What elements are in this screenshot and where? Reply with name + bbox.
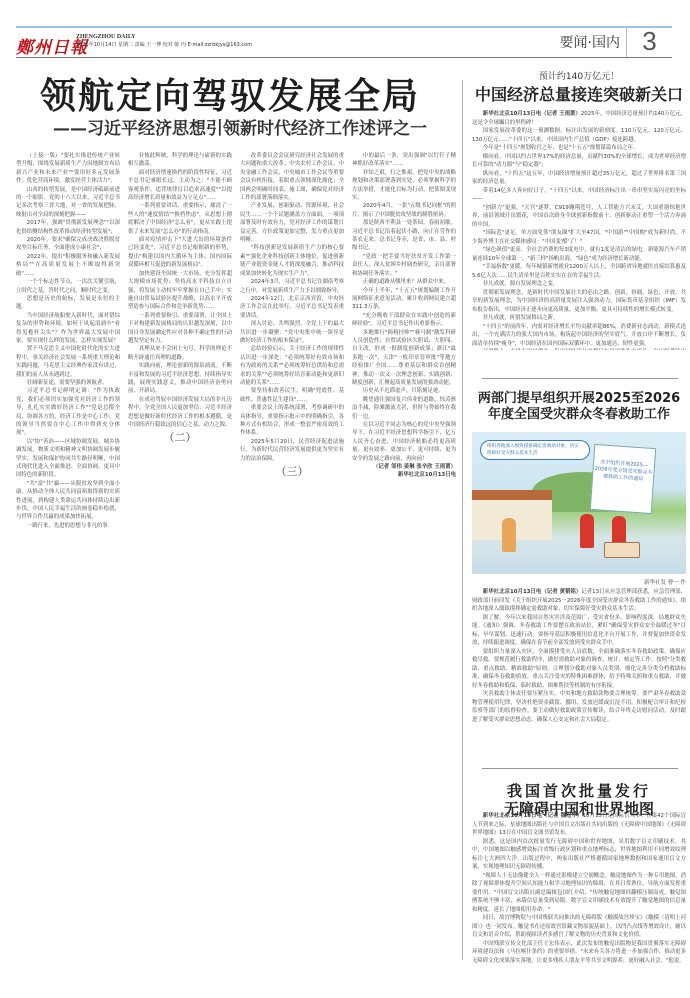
paragraph: "共"富"共"赢——从脱贫攻坚到全面小康，从推动全体人民共同富裕取得新的实质性进… <box>16 480 120 522</box>
dateline: 2025年10月14日 星期二 责编 王一博 校对 陈 丙 E-mail:zzr… <box>76 41 252 49</box>
paragraph: 今年是"十四五"规划收官之年，也是"十五五"规划谋篇布局之年。 <box>472 144 686 153</box>
title-line: 两部门提早组织开展2025至2026 <box>468 391 690 407</box>
paragraph: 前进路上，有风有雨是常态。但中国经济从来都是在风雨洗礼中成长、在历经考验中壮大。 <box>472 348 686 350</box>
paragraph: 带着14亿多人奔向好日子，"十四五"以来，中国经济标注出一串串坚实而闪亮的坐标—… <box>472 187 686 204</box>
lead-column-3: 改革委员会会议研究经济社会发展的重大问题和重大改革；中央农村工作会议、中央金融工… <box>240 152 344 992</box>
byline: （记者 邹伟 姜琳 张辛欣 王雨萧） <box>352 463 456 471</box>
story-body: 新华社北京10月13日电（记者 王雨萧）2025年，中国经济总量预计约140万亿… <box>472 110 686 350</box>
paragraph: 一系列重要讲话、重要指示，廓清了一些人的"速度情结""换档焦虑"，从思想上彻底解… <box>128 202 232 236</box>
paragraph: 国家发展改革委的这一预测数据，标注出发展的新刻度。110万亿元、120万亿元、1… <box>472 127 686 144</box>
paragraph: 非凡成就，源自发展理念之变。 <box>472 280 686 289</box>
paragraph: 纵向看，"十四五"这五年，中国经济增量预计超过35万亿元，超过了世界排名第三国家… <box>472 170 686 187</box>
paragraph: 2024年12月，北京京西宾馆，中央经济工作会议在此举行，习近平总书记发表重要讲… <box>240 295 344 320</box>
paragraph: 中的最后一条，突出强调"以钉钉子精神抓好改革落实"…… <box>352 152 456 169</box>
section-marker: （二） <box>128 434 232 442</box>
story-kicker: 预计约140万亿元！ <box>468 69 690 82</box>
byline-dateline: 新华社北京10月13日电 <box>352 471 456 479</box>
paragraph: 实践向前，理论创新的源泉涌流。不断丰富和发展的习近平经济思想，持续指导实践，展现… <box>128 362 232 396</box>
paragraph: 重要会议上的系统部署，考察调研中的具体指导，重要指示批示中的明确指引，各种方式有… <box>240 404 344 438</box>
paragraph: 2025年5月20日，民营经济促进法施行，为新时代民营经济发展提供更为坚实有力的… <box>240 438 344 463</box>
title-line: 我国首次批量发行 <box>468 782 690 800</box>
story-lead: 新华社北京10月13日电（记者 魏冠宇） <box>483 813 583 819</box>
paragraph: 那是陕西平利县一处茶园，春雨初歇。习近平总书记沿着起伏小路，向正在劳作的茶农走来… <box>352 219 456 253</box>
paragraph: 思想是历史的航标，发展是永恒的主题。 <box>16 295 120 312</box>
paragraph: "绿色颜值"更高。全社会消费的每3度电中，就有1度是清洁的绿电。新能源汽车产销量… <box>472 246 686 263</box>
page-number: 3 <box>626 26 672 57</box>
paragraph: 加快建设全国统一大市场，充分发挥超大规模市场优势；坚持高水平科技自立自强，将发展… <box>128 270 232 312</box>
paragraph: 置于马克思主义中国化时代化的宏大进程中，事关经济社会发展一系列重大理论和实践问题… <box>16 345 120 379</box>
lead-column-2: 业彼此辉映，科学的理论与崭新的实践相互激荡。 面对经济增速换挡的阶段性特征，习近… <box>128 152 232 992</box>
story-lead: 新华社北京10月13日电（记者 黄韬铭） <box>483 589 582 595</box>
story-lead: 新华社北京10月13日电（记者 王雨萧） <box>483 111 581 117</box>
paragraph: 深入讨论、共鸣强烈，全党上下的最大共识进一步凝聚："党中央集中统一领导是做好经济… <box>240 320 344 345</box>
paragraph: 多地推行"揭榜挂帅""赛马制"激发科研人员创造性；自贸试验区大胆试、大胆闯、自主… <box>352 329 456 388</box>
paragraph: 据了解，今年以来我国自然灾害涉及范围广、受灾省份多、影响程度深，局地群众失能。《… <box>472 614 686 648</box>
paragraph: 产业发展、创新驱动、资源环境、社会民生……一个个议题涵盖方方面面，一项项部署及时… <box>240 202 344 244</box>
paragraph: 同日，故宫博物院与中国残联共同推出的无障碍版《触摸故宫珍宝》《触摸〈清明上河图〉… <box>472 914 686 940</box>
paragraph: 一个个标志性节点，一次次关键引航，立时代之基，答时代之问，顺时代之变。 <box>16 278 120 295</box>
story-separator <box>482 378 678 379</box>
newspaper-name-en: ZHENGZHOU DAILY <box>76 33 252 41</box>
paragraph: 业彼此辉映，科学的理论与崭新的实践相互激荡。 <box>128 152 232 169</box>
paragraph: 一系列重要指引、重要部署，让全国上下对构建新发展格局的认识越发深刻，以中国自身发… <box>128 312 232 346</box>
paragraph: 改革委员会会议研究经济社会发展的重大问题和重大改革；中央农村工作会议、中央金融工… <box>240 152 344 202</box>
paragraph: "创新力"更强。"天宫"逐梦，C919翱翔苍穹，人工智能方兴未艾，大国重器惊艳世… <box>472 204 686 230</box>
suitcase-icon <box>604 542 640 558</box>
paragraph: 横向看，中国以约占世界17%的经济总量，贡献约30%的全球增长，成为世界经济增长… <box>472 153 686 170</box>
masthead: 鄭州日報 ZHENGZHOU DAILY 2025年10月14日 星期二 责编 … <box>16 28 672 58</box>
speech-bubble: 组织各地深入细致摸排确定需救助对象，切实保障好受灾群众基本生活 <box>480 440 590 460</box>
paragraph: 贯彻新发展理念，是新时代中国发展壮大的必由之路。创新、协调、绿色、开放、共享的新… <box>472 289 686 315</box>
paragraph: 壮阔新征途，需要坚强的领航者。 <box>16 379 120 387</box>
notice-document-icon: 关于组织开展2025—2026年度全国受灾群众冬春救助工作的通知 <box>590 444 656 514</box>
paragraph: 要坚持和改善民生，明确"兜底性、基础性、普惠性民生建设"…… <box>240 387 344 404</box>
illustration-credit: 新华社发 曹一 作 <box>472 578 686 586</box>
paragraph: 据悉，这是国内首次批量发行无障碍中国和世界地图，采用数字盲文印刷技术。其中，中国… <box>472 838 686 872</box>
lead-column-1: （上接一版）"要扎实推进传统产业转型升级，围绕发展新质生产力因地制宜布局新兴产业… <box>16 152 120 992</box>
paragraph: 面对经济增速换挡的阶段性特征，习近平总书记睿眠长远，主动为之："不能不顾客观条件… <box>128 169 232 203</box>
masthead-meta: ZHENGZHOU DAILY 2025年10月14日 星期二 责编 王一博 校… <box>76 33 252 49</box>
paragraph: 在成功驾驭中国经济发展大局的非凡历程中，全党全国人民更加坚信：习近平经济思想是做… <box>128 396 232 430</box>
volunteer-figure <box>580 514 594 548</box>
lead-column-4: 中的最后一条，突出强调"以钉钉子精神抓好改革落实"…… 非知之艰，行之惟艰。把党… <box>352 152 456 992</box>
paragraph: 一路行来，先进的思想与非凡的事 <box>16 522 120 530</box>
paragraph: "幸福指数"更暖。每年城镇新增就业1200万人以上，全国跨省异地就医直接结算惠及… <box>472 263 686 280</box>
story-body: 新华社北京10月13日电（记者 魏冠宇）10月15日是国际盲人节。在第42个国际… <box>472 812 686 964</box>
paragraph: 2022年，提出"积极服务和融入新发展格局""在高质量发展上不断取得新突破"…… <box>16 253 120 278</box>
paragraph: 非知之艰，行之惟艰。把党中央的战略规划和决策部署落到实处，必须掌握科学的方法举措… <box>352 169 456 203</box>
cartoon-illustration: 组织各地深入细致摸排确定需救助对象，切实保障好受灾群众基本生活 关于组织开展20… <box>472 432 686 574</box>
title-line: 年度全国受灾群众冬春救助工作 <box>468 407 690 423</box>
paragraph: 正确的道路从哪里来？从群众中来。 <box>352 278 456 286</box>
paragraph: 山西的转型发展，是中国经济砥砺前进的一个缩影。党的十八大以来，习近平总书记多次考… <box>16 186 120 220</box>
story-separator <box>482 768 678 769</box>
paragraph: "科技创新是发展新质生产力的核心要素""强化企业科技创新主体地位，促进创新链产业… <box>240 244 344 278</box>
paragraph: "充分吸收干部群众在实践中创造的新鲜经验"，习近平总书记作出重要指示。 <box>352 312 456 329</box>
paragraph: "视障人士无法像健全人一样通过影像建立空间概念。触觉地图作为一种专用地图，消除了… <box>472 872 686 915</box>
paragraph: 灾害救助主体责任要压紧压实，中央和地方救助款物要合理统筹。要严肃冬春救助款物管理… <box>472 690 686 724</box>
section-label: 要闻·国内 <box>560 32 620 52</box>
elderly-person-figure <box>502 518 516 552</box>
paragraph: 2020年，要求"确保完成决战决胜脱贫攻坚目标任务，全面建成小康社会"； <box>16 236 120 253</box>
paragraph: 中国残联宣传文化部主任王宏伟表示，此次发布的触觉出版物是我国贯彻落实无障碍环境建… <box>472 940 686 965</box>
paragraph: 真理从来不会闭上句号，科学的理论不断开辟通往真理的道路。 <box>128 345 232 362</box>
paragraph: 2020年4月，一张"五级书记同框"的照片，揭示了中国脱贫攻坚战的制胜密码。 <box>352 202 456 219</box>
paragraph: "十四五"的前四年，内需对经济增长平均贡献率超86%，消费新业态涌动，新模式迭出… <box>472 323 686 349</box>
paragraph: 面对疫情冲击下"大进大出的环境条件已经变化"，习近平总书记根据新的形势，提出"构… <box>128 236 232 270</box>
paragraph: 非凡成就，折射发展格局之新。 <box>472 314 686 323</box>
paragraph: 以"协"善治——区域协调发展、城乡协调发展，物质文明和精神文明协调发展步履坚实，… <box>16 438 120 480</box>
paragraph: "国际范"更足。单方面免签"朋友圈"扩大至47国，"中国游""中国购"成为新时尚… <box>472 229 686 246</box>
paragraph: 眺望通往强国复兴伟业的道路，惊涛骇浪不减，险滩激流尤甚，但时与势始终在我们一边。 <box>352 396 456 421</box>
paragraph: 要组织力量深入灾区，全面摸排受灾人员底数，全面准确落实冬春救助政策，确保应救尽救… <box>472 648 686 691</box>
story-title: 中国经济总量接连突破新关口 <box>468 82 690 105</box>
paragraph: 今年上半年，"十五五"规划编制工作开展网络征求意见活动，累计收到网民建言超311… <box>352 287 456 312</box>
paragraph: 习近平总书记鲜明定调："作为执政党，我们必须切实加强党对经济工作的领导，扎扎实实… <box>16 387 120 437</box>
paragraph: 2024年3月，习近平总书记在湖南考察之行中，对发展新质生产力予以细致指导。 <box>240 278 344 295</box>
paragraph: 总结经验启示，关于经济工作的规律性认识进一步深化："必须统筹好有效市场和有为政府… <box>240 345 344 387</box>
paragraph: 当中国经济航船驶入新时代，面对错综复杂的形势和环境，如何于风起浪涌中"看得见桅杆… <box>16 312 120 346</box>
paragraph: （上接一版）"要扎实推进传统产业转型升级，围绕发展新质生产力因地制宜布局新兴产业… <box>16 152 120 186</box>
lead-story-title: 领航定向驾驭发展全局 <box>40 68 420 119</box>
paragraph: 历史从不迟滞虚声，只铭刻足迹。 <box>352 387 456 395</box>
story-body: 新华社北京10月13日电（记者 黄韬铭）记者13日从应急管理部获悉，应急管理部、… <box>472 588 686 763</box>
section-marker: （三） <box>240 468 344 476</box>
paragraph: 2017年，强调"贯彻新发展理念""以深化供给侧结构性改革推动经济转型发展"； <box>16 219 120 236</box>
column-divider <box>462 80 463 960</box>
paragraph: 在以习近平同志为核心的党中央坚强领导下，在习近平经济思想科学指引下，亿万人民齐心… <box>352 421 456 463</box>
lead-story-subtitle: ——习近平经济思想引领新时代经济工作述评之一 <box>40 114 440 139</box>
story-title: 两部门提早组织开展2025至2026 年度全国受灾群众冬春救助工作 <box>468 391 690 423</box>
paragraph: "党政一把手要当好扶贫开发工作第一责任人，深入贫困乡村调查研究，亲自部署和协调任… <box>352 253 456 278</box>
